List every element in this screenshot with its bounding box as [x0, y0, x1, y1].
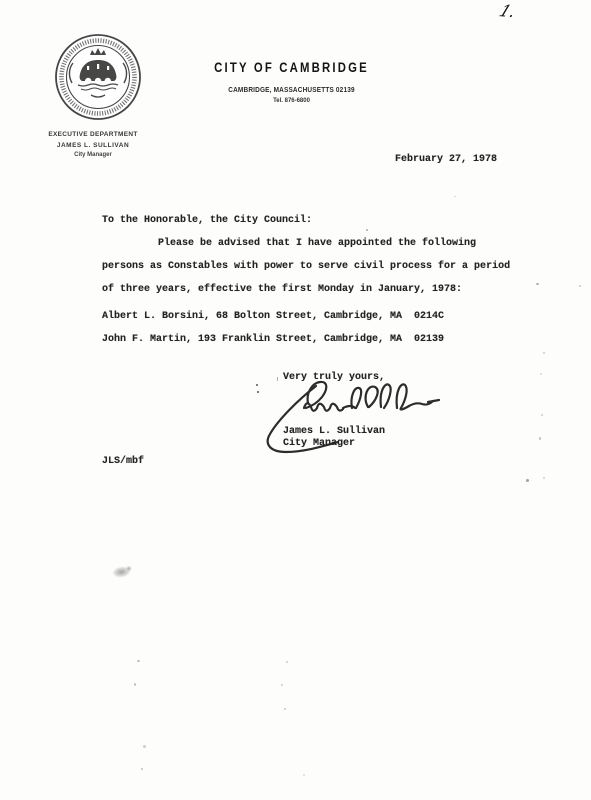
dust-speck [281, 684, 283, 686]
dust-speck [137, 660, 140, 662]
letter-body-line: of three years, effective the first Mond… [102, 284, 462, 295]
letterhead-address: CAMBRIDGE, MASSACHUSETTS 02139 [20, 87, 564, 94]
letterhead-phone: Tel. 876-6800 [20, 97, 564, 104]
letter-body-line: Please be advised that I have appointed … [158, 238, 476, 249]
salutation: To the Honorable, the City Council: [102, 215, 312, 226]
dust-speck [536, 283, 539, 285]
dust-speck [141, 768, 143, 770]
city-seal [54, 33, 142, 121]
dust-speck [543, 477, 545, 479]
dust-speck [539, 437, 541, 440]
dust-speck [134, 683, 136, 686]
dust-speck [526, 479, 529, 482]
reference-initials: JLS/mbf [102, 456, 144, 467]
handwritten-page-number: 1. [497, 1, 534, 22]
letter-body-line: persons as Constables with power to serv… [102, 261, 510, 272]
letterhead-title: CITY OF CAMBRIDGE [43, 60, 539, 75]
dust-speck [143, 745, 146, 748]
city-seal-graphic [54, 33, 142, 121]
manager-title: City Manager [33, 152, 153, 158]
dust-speck [454, 196, 456, 197]
dust-speck [540, 373, 542, 375]
scanned-letter-page: 1. CITY OF CAMBRIDGE CAMB [0, 0, 591, 800]
dust-speck [579, 285, 581, 287]
dust-speck [303, 774, 305, 776]
dust-speck [541, 414, 543, 416]
signer-title: City Manager [283, 438, 355, 449]
dust-speck [286, 661, 288, 663]
department-name: EXECUTIVE DEPARTMENT [33, 131, 153, 138]
dust-speck [284, 708, 286, 710]
dust-speck [277, 377, 278, 381]
dust-speck [366, 229, 368, 231]
manager-name: JAMES L. SULLIVAN [33, 142, 153, 149]
letter-date: February 27, 1978 [395, 154, 497, 165]
letterhead-department-block: EXECUTIVE DEPARTMENT JAMES L. SULLIVAN C… [33, 131, 153, 158]
appointee-line: Albert L. Borsini, 68 Bolton Street, Cam… [102, 311, 444, 322]
dust-speck [543, 352, 545, 354]
appointee-line: John F. Martin, 193 Franklin Street, Cam… [102, 334, 444, 345]
smudge-mark [126, 566, 132, 571]
signer-name: James L. Sullivan [283, 426, 385, 437]
